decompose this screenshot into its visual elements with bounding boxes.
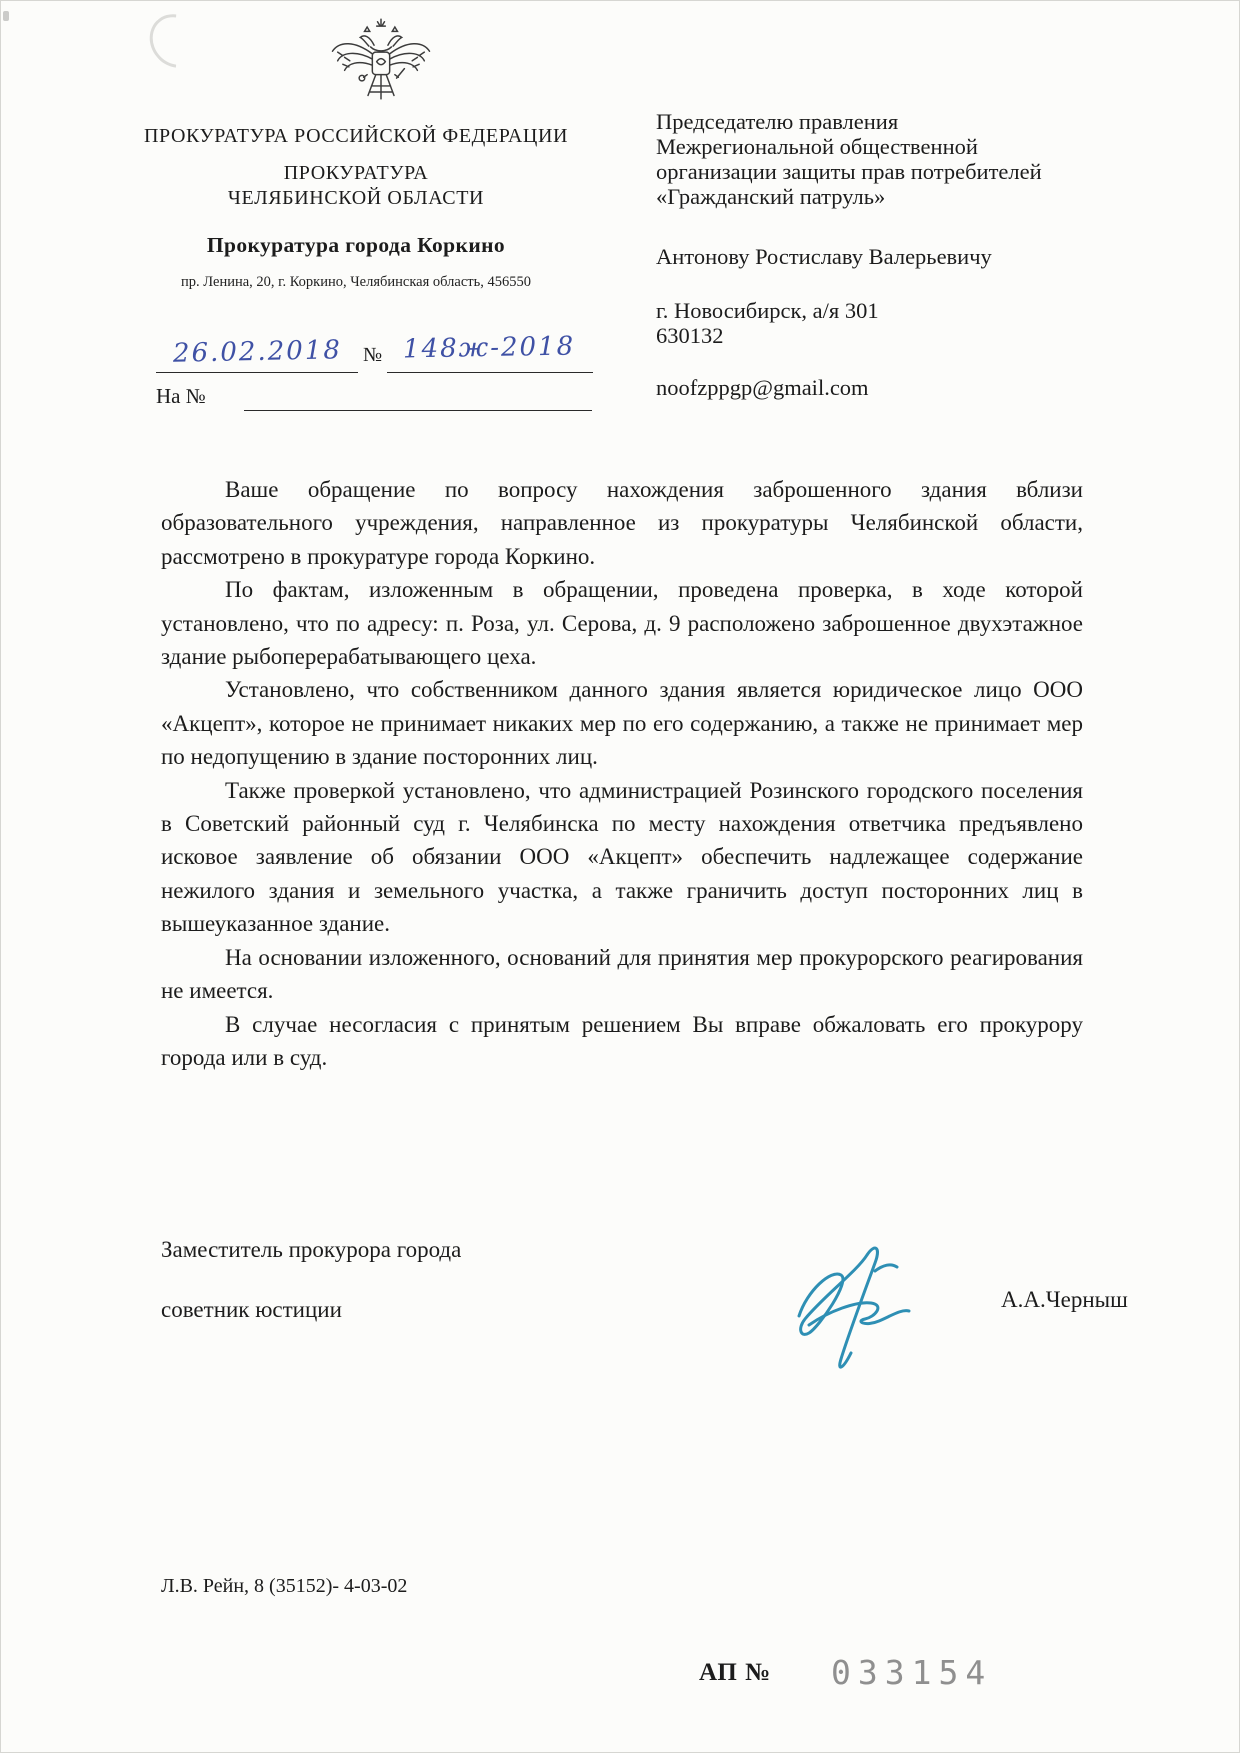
signer-name: А.А.Черныш	[1001, 1287, 1128, 1313]
addressee-line: организации защиты прав потребителей	[656, 159, 1136, 184]
reply-to-number-label: На №	[156, 384, 206, 409]
addressee-city-line: г. Новосибирск, а/я 301	[656, 298, 1136, 323]
addressee-organization: Председателю правления Межрегиональной о…	[656, 109, 1136, 209]
body-paragraph: По фактам, изложенным в обращении, прове…	[161, 573, 1083, 673]
org-region-line1: ПРОКУРАТУРА	[141, 161, 571, 186]
org-city-office-name: Прокуратура города Коркино	[141, 233, 571, 258]
number-underline	[387, 372, 593, 373]
org-postal-address: пр. Ленина, 20, г. Коркино, Челябинская …	[141, 274, 571, 291]
coat-of-arms-eagle-icon	[329, 13, 433, 124]
body-paragraph: Ваше обращение по вопросу нахождения заб…	[161, 473, 1083, 573]
letter-body: Ваше обращение по вопросу нахождения заб…	[161, 473, 1083, 1074]
scan-artifact-speck	[3, 11, 9, 21]
addressee-line: «Гражданский патруль»	[656, 184, 1136, 209]
addressee-email: noofzppgp@gmail.com	[656, 375, 1136, 401]
addressee-line: Межрегиональной общественной	[656, 134, 1136, 159]
body-paragraph: В случае несогласия с принятым решением …	[161, 1008, 1083, 1075]
reply-number-underline	[244, 410, 592, 411]
executor-contact-line: Л.В. Рейн, 8 (35152)- 4-03-02	[161, 1575, 407, 1598]
scan-artifact-curve	[139, 3, 213, 78]
signer-position-line2: советник юстиции	[161, 1297, 342, 1323]
body-paragraph: Также проверкой установлено, что админис…	[161, 774, 1083, 941]
addressee-person-name: Антонову Ростиславу Валерьевичу	[656, 244, 1136, 270]
handwritten-outgoing-number: 148ж-2018	[403, 332, 576, 365]
form-series-label: АП №	[699, 1659, 771, 1687]
body-paragraph: На основании изложенного, оснований для …	[161, 941, 1083, 1008]
form-serial-number: 033154	[831, 1653, 992, 1692]
body-paragraph: Установлено, что собственником данного з…	[161, 673, 1083, 773]
org-region-title: ПРОКУРАТУРА ЧЕЛЯБИНСКОЙ ОБЛАСТИ	[141, 161, 571, 211]
handwritten-date: 26.02.2018	[173, 335, 342, 369]
handwritten-signature	[779, 1241, 929, 1386]
scanned-letter-page: ПРОКУРАТУРА РОССИЙСКОЙ ФЕДЕРАЦИИ ПРОКУРА…	[0, 0, 1240, 1753]
date-underline	[156, 372, 358, 373]
addressee-postcode: 630132	[656, 323, 1136, 348]
addressee-line: Председателю правления	[656, 109, 1136, 134]
org-federation-title: ПРОКУРАТУРА РОССИЙСКОЙ ФЕДЕРАЦИИ	[141, 125, 571, 148]
org-region-line2: ЧЕЛЯБИНСКОЙ ОБЛАСТИ	[141, 186, 571, 211]
number-sign-label: №	[363, 344, 382, 367]
addressee-postal-block: г. Новосибирск, а/я 301 630132	[656, 298, 1136, 348]
signer-position-line1: Заместитель прокурора города	[161, 1237, 461, 1263]
